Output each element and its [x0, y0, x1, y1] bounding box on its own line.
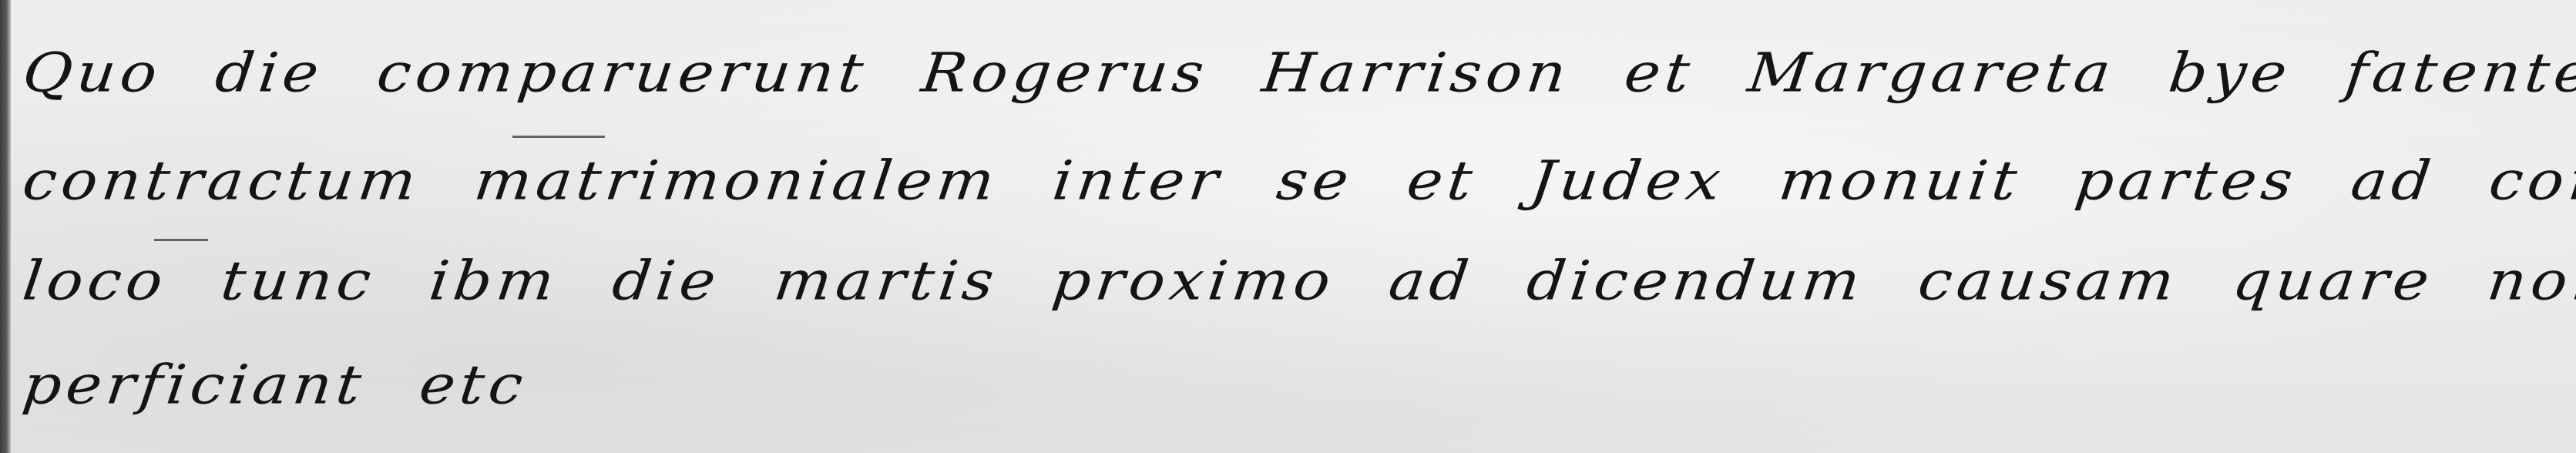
- manuscript-line-1: Quo die comparuerunt Rogerus Harrison et…: [19, 42, 2576, 105]
- abbreviation-stroke: [154, 239, 208, 241]
- manuscript-line-4: perficiant etc: [19, 354, 530, 417]
- abbreviation-stroke: [512, 136, 605, 138]
- manuscript-page: Quo die comparuerunt Rogerus Harrison et…: [0, 0, 2576, 453]
- manuscript-line-2: contractum matrimonialem inter se et Jud…: [19, 150, 2576, 213]
- binding-edge: [0, 0, 11, 453]
- manuscript-line-3: loco tunc ibm die martis proximo ad dice…: [19, 250, 2576, 313]
